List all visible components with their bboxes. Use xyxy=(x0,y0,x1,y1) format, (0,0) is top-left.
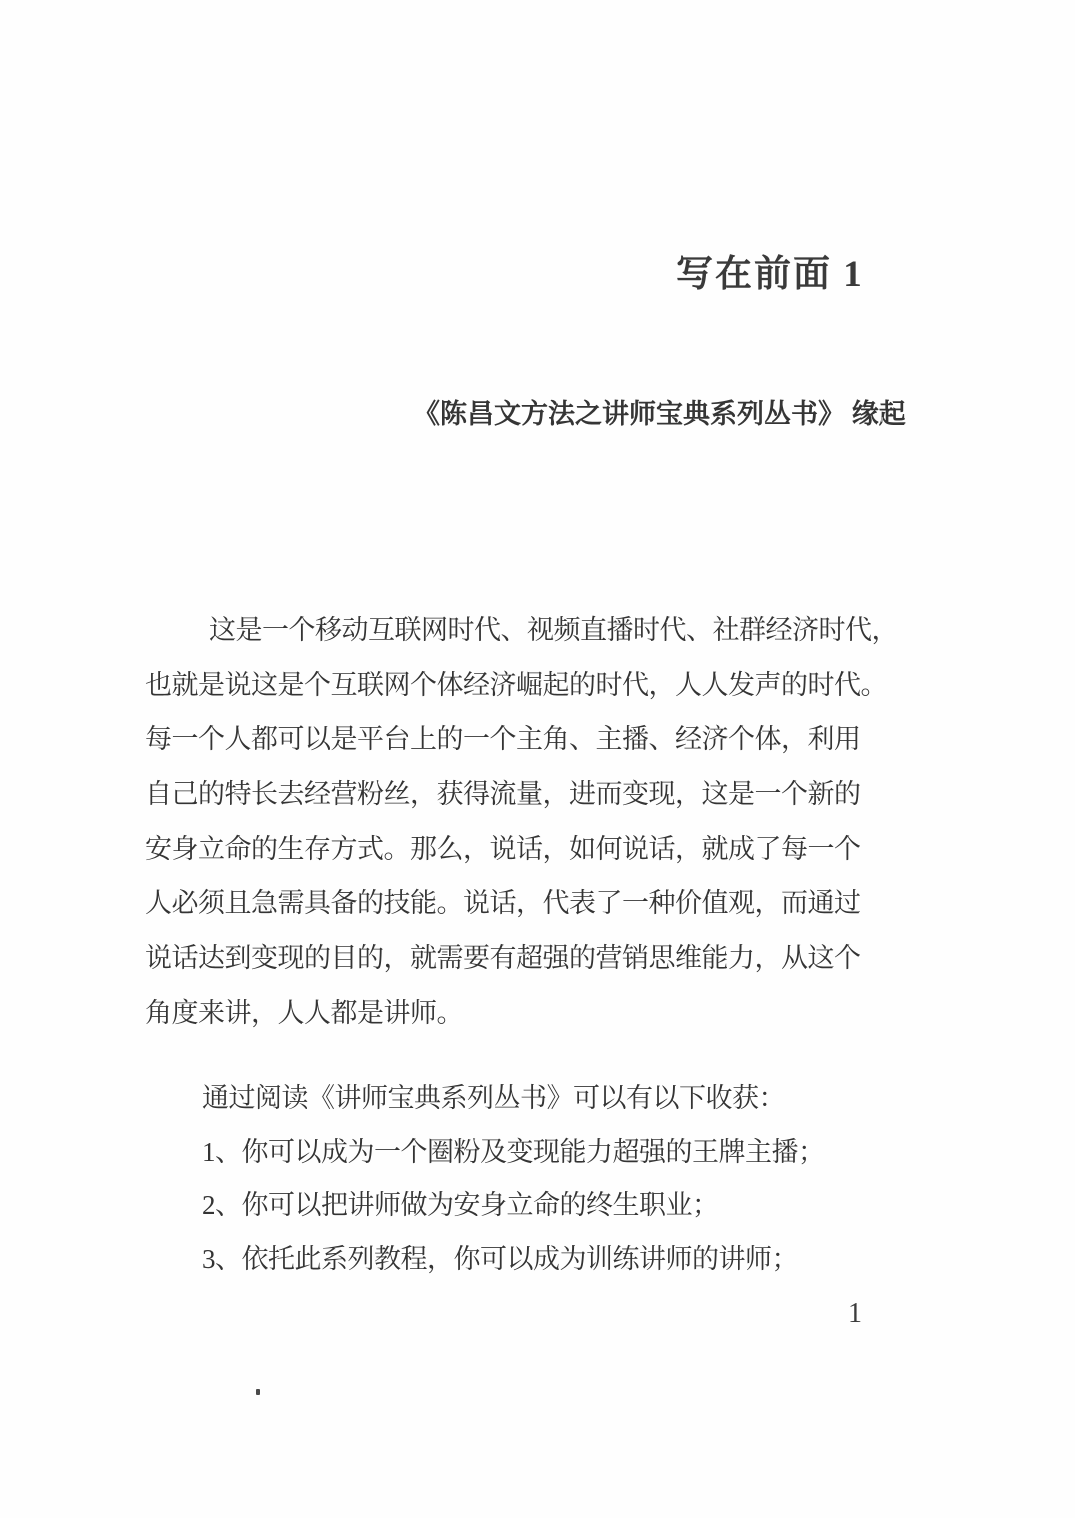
page-title: 写在前面 1 xyxy=(676,243,864,297)
body-line: 自己的特长去经营粉丝，获得流量，进而变现，这是一个新的 xyxy=(145,767,885,822)
body-line: 角度来讲，人人都是讲师。 xyxy=(145,986,885,1041)
page-number: 1 xyxy=(848,1298,862,1330)
intro-paragraph: 这是一个移动互联网时代、视频直播时代、社群经济时代， 也就是说这是个互联网个体经… xyxy=(145,603,885,1041)
benefit-item-2: 2、你可以把讲师做为安身立命的终生职业； xyxy=(145,1179,885,1233)
body-line: 这是一个移动互联网时代、视频直播时代、社群经济时代， xyxy=(145,603,885,658)
body-line: 也就是说这是个互联网个体经济崛起的时代，人人发声的时代。 xyxy=(145,658,885,713)
benefits-intro-line: 通过阅读《讲师宝典系列丛书》可以有以下收获： xyxy=(145,1072,885,1126)
body-line: 人必须且急需具备的技能。说话，代表了一种价值观，而通过 xyxy=(145,876,885,931)
benefits-list-paragraph: 通过阅读《讲师宝典系列丛书》可以有以下收获： 1、你可以成为一个圈粉及变现能力超… xyxy=(145,1072,885,1286)
scanned-book-page: 写在前面 1 《陈昌文方法之讲师宝典系列丛书》 缘起 这是一个移动互联网时代、视… xyxy=(0,0,1075,1518)
benefit-item-1: 1、你可以成为一个圈粉及变现能力超强的王牌主播； xyxy=(145,1126,885,1180)
scan-artifact-speck xyxy=(256,1389,260,1395)
benefit-item-3: 3、依托此系列教程，你可以成为训练讲师的讲师； xyxy=(145,1233,885,1287)
series-subtitle: 《陈昌文方法之讲师宝典系列丛书》 缘起 xyxy=(413,392,906,431)
body-line: 安身立命的生存方式。那么，说话，如何说话，就成了每一个 xyxy=(145,822,885,877)
scan-artifact-speck xyxy=(881,417,883,422)
body-line: 说话达到变现的目的，就需要有超强的营销思维能力，从这个 xyxy=(145,931,885,986)
body-line: 每一个人都可以是平台上的一个主角、主播、经济个体，利用 xyxy=(145,712,885,767)
